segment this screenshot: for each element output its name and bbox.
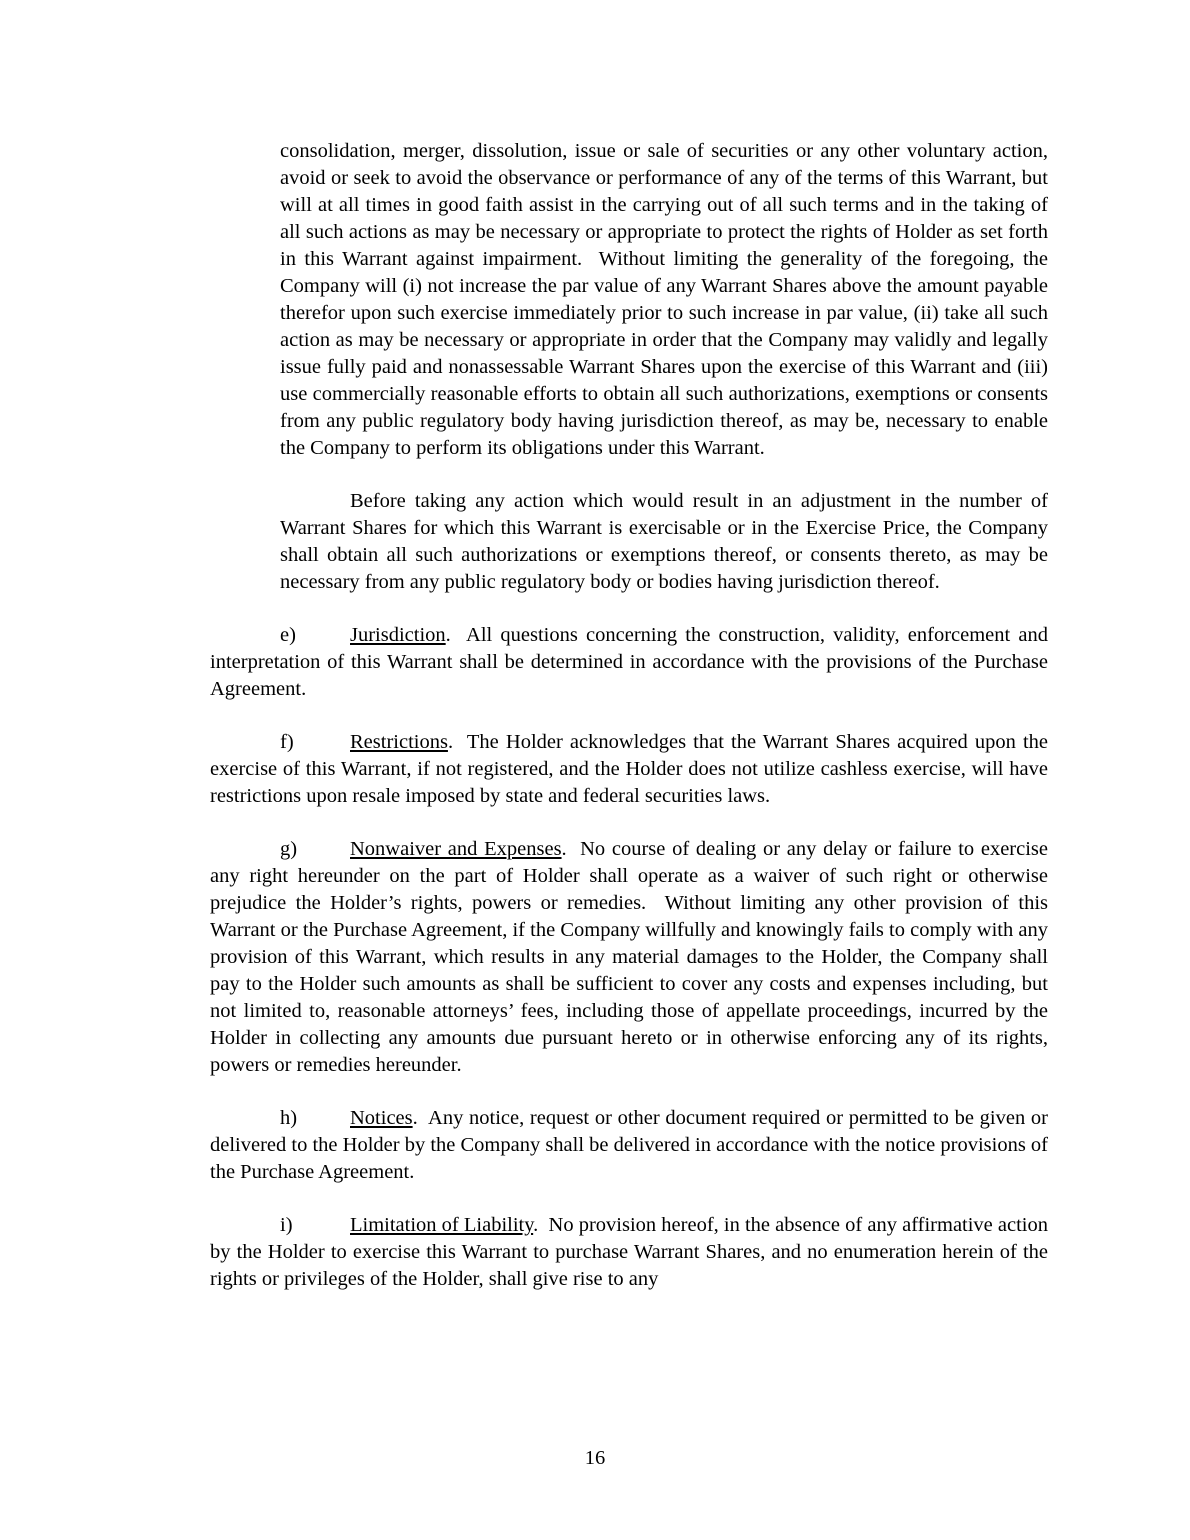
section-label-e: e) xyxy=(280,622,350,649)
section-body-nonwaiver-and-expenses: . No course of dealing or any delay or f… xyxy=(210,838,1048,1076)
paragraph-section-e: e)Jurisdiction. All questions concerning… xyxy=(210,622,1048,703)
document-page: consolidation, merger, dissolution, issu… xyxy=(0,0,1190,1540)
paragraph-continuation: consolidation, merger, dissolution, issu… xyxy=(280,138,1048,462)
paragraph-section-g: g)Nonwaiver and Expenses. No course of d… xyxy=(210,836,1048,1079)
section-heading-jurisdiction: Jurisdiction xyxy=(350,624,446,646)
paragraph-before-taking: Before taking any action which would res… xyxy=(280,488,1048,596)
section-heading-notices: Notices xyxy=(350,1107,413,1129)
paragraph-section-h: h)Notices. Any notice, request or other … xyxy=(210,1105,1048,1186)
section-label-h: h) xyxy=(280,1105,350,1132)
page-content: consolidation, merger, dissolution, issu… xyxy=(210,138,1048,1319)
section-label-i: i) xyxy=(280,1212,350,1239)
paragraph-section-f: f)Restrictions. The Holder acknowledges … xyxy=(210,729,1048,810)
section-heading-restrictions: Restrictions xyxy=(350,731,448,753)
section-label-g: g) xyxy=(280,836,350,863)
section-heading-nonwaiver-and-expenses: Nonwaiver and Expenses xyxy=(350,838,562,860)
section-label-f: f) xyxy=(280,729,350,756)
paragraph-section-i: i)Limitation of Liability. No provision … xyxy=(210,1212,1048,1293)
page-number: 16 xyxy=(0,1445,1190,1472)
section-heading-limitation-of-liability: Limitation of Liability xyxy=(350,1214,533,1236)
